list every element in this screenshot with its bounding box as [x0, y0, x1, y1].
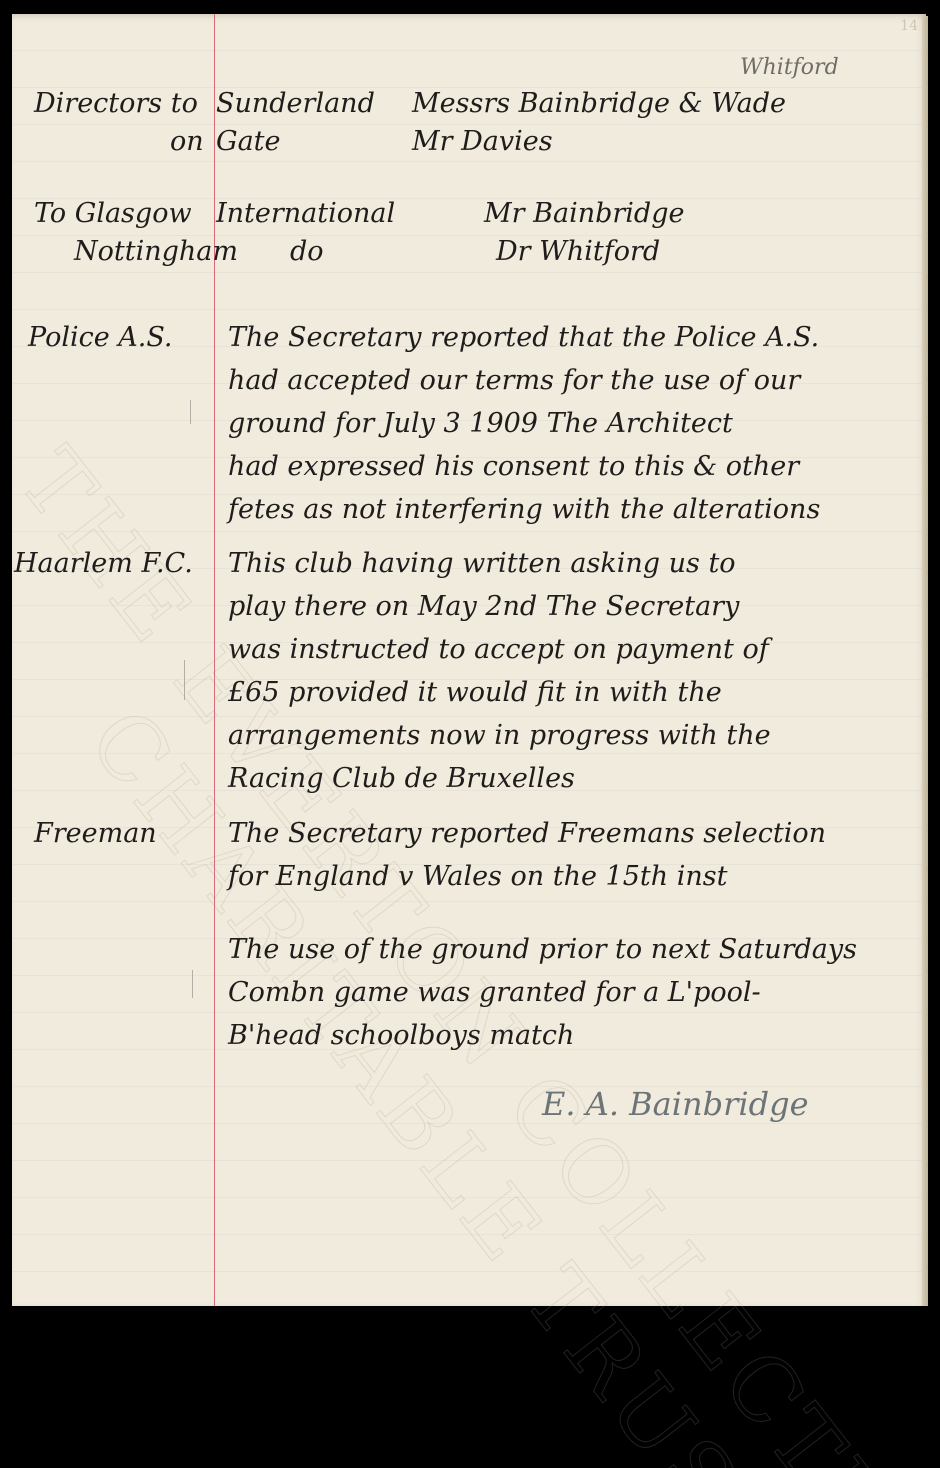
entry-cell: Mr Bainbridge [484, 196, 684, 232]
margin-heading: Freeman [34, 816, 157, 852]
minute-line: for England v Wales on the 15th inst [228, 859, 826, 895]
minute-paragraph: This club having written asking us to pl… [228, 546, 771, 797]
margin-tick [184, 660, 185, 700]
entry-cell: International [216, 196, 395, 232]
minute-line: ground for July 3 1909 The Architect [228, 406, 820, 442]
margin-heading: Nottingham [74, 234, 238, 270]
minute-paragraph: The Secretary reported that the Police A… [228, 320, 820, 528]
minute-line: Combn game was granted for a L'pool- [228, 975, 857, 1011]
entry-cell: Sunderland [216, 86, 375, 122]
entry-cell: do [290, 234, 324, 270]
minute-line: The Secretary reported Freemans selectio… [228, 816, 826, 852]
minute-line: arrangements now in progress with the [228, 718, 771, 754]
margin-heading: on [170, 124, 204, 160]
margin-heading: Directors to [34, 86, 198, 122]
minute-line: had expressed his consent to this & othe… [228, 449, 820, 485]
minute-line: The Secretary reported that the Police A… [228, 320, 820, 356]
minute-paragraph: The use of the ground prior to next Satu… [228, 932, 857, 1054]
minute-line: The use of the ground prior to next Satu… [228, 932, 857, 968]
entry-cell: Gate [216, 124, 281, 160]
page-number: 14 [900, 18, 918, 34]
chairman-signature: E. A. Bainbridge [542, 1086, 809, 1122]
minute-line: £65 provided it would fit in with the [228, 675, 771, 711]
minute-line: This club having written asking us to [228, 546, 771, 582]
margin-heading: To Glasgow [34, 196, 192, 232]
minute-line: was instructed to accept on payment of [228, 632, 771, 668]
margin-tick [192, 970, 193, 998]
margin-heading: Haarlem F.C. [14, 546, 193, 582]
entry-cell: Dr Whitford [496, 234, 660, 270]
margin-heading: Police A.S. [28, 320, 172, 356]
pencil-correction: Whitford [740, 50, 839, 86]
minute-line: B'head schoolboys match [228, 1018, 857, 1054]
margin-tick [190, 400, 191, 424]
minute-line: play there on May 2nd The Secretary [228, 589, 771, 625]
minute-line: Racing Club de Bruxelles [228, 761, 771, 797]
minute-paragraph: The Secretary reported Freemans selectio… [228, 816, 826, 895]
entry-cell: Messrs Bainbridge & Wade [412, 86, 786, 122]
page-edge [922, 16, 928, 1306]
entry-cell: Mr Davies [412, 124, 553, 160]
minute-line: had accepted our terms for the use of ou… [228, 363, 820, 399]
minute-line: fetes as not interfering with the altera… [228, 492, 820, 528]
